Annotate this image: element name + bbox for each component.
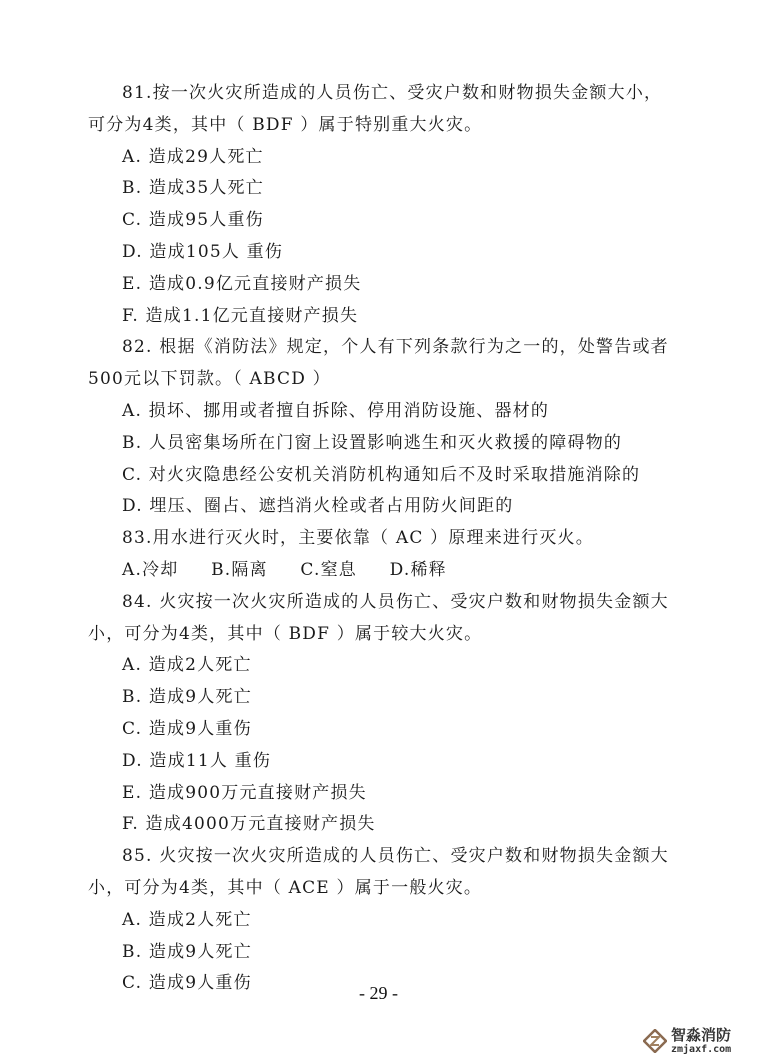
option-a: A. 造成29人死亡: [88, 142, 684, 174]
option-d: D. 造成105人 重伤: [88, 237, 684, 269]
option-d: D. 造成11人 重伤: [88, 746, 684, 778]
option-f: F. 造成4000万元直接财产损失: [88, 809, 684, 841]
question-stem-line: 小，可分为4类，其中（ BDF ）属于较大火灾。: [88, 619, 684, 651]
page-number: - 29 -: [0, 983, 757, 1004]
option-b: B. 造成9人死亡: [88, 682, 684, 714]
question-stem-line: 83.用水进行灭火时，主要依靠（ AC ）原理来进行灭火。: [88, 523, 684, 555]
question-stem-line: 85. 火灾按一次火灾所造成的人员伤亡、受灾户数和财物损失金额大: [88, 841, 684, 873]
document-page: 81.按一次火灾所造成的人员伤亡、受灾户数和财物损失金额大小， 可分为4类，其中…: [88, 78, 684, 1000]
option-c: C.窒息: [300, 555, 357, 587]
option-a: A.冷却: [122, 555, 178, 587]
option-c: C. 造成95人重伤: [88, 205, 684, 237]
watermark: 智淼消防 zmjaxf.com: [643, 1024, 755, 1058]
question-stem-line: 500元以下罚款。（ ABCD ）: [88, 364, 684, 396]
option-a: A. 损坏、挪用或者擅自拆除、停用消防设施、器材的: [88, 396, 684, 428]
question-84: 84. 火灾按一次火灾所造成的人员伤亡、受灾户数和财物损失金额大 小，可分为4类…: [88, 587, 684, 841]
option-e: E. 造成0.9亿元直接财产损失: [88, 269, 684, 301]
option-b: B. 造成9人死亡: [88, 937, 684, 969]
option-a: A. 造成2人死亡: [88, 650, 684, 682]
option-b: B. 造成35人死亡: [88, 173, 684, 205]
question-stem-line: 小，可分为4类，其中（ ACE ）属于一般火灾。: [88, 873, 684, 905]
option-e: E. 造成900万元直接财产损失: [88, 778, 684, 810]
option-b: B.隔离: [211, 555, 268, 587]
question-stem-line: 可分为4类，其中（ BDF ）属于特别重大火灾。: [88, 110, 684, 142]
question-stem-line: 81.按一次火灾所造成的人员伤亡、受灾户数和财物损失金额大小，: [88, 78, 684, 110]
option-f: F. 造成1.1亿元直接财产损失: [88, 301, 684, 333]
question-81: 81.按一次火灾所造成的人员伤亡、受灾户数和财物损失金额大小， 可分为4类，其中…: [88, 78, 684, 332]
option-a: A. 造成2人死亡: [88, 905, 684, 937]
question-stem-line: 84. 火灾按一次火灾所造成的人员伤亡、受灾户数和财物损失金额大: [88, 587, 684, 619]
option-c: C. 造成9人重伤: [88, 714, 684, 746]
watermark-brand: 智淼消防: [671, 1028, 731, 1043]
option-d: D. 埋压、圈占、遮挡消火栓或者占用防火间距的: [88, 491, 684, 523]
diamond-z-logo-icon: [643, 1029, 667, 1053]
question-83: 83.用水进行灭火时，主要依靠（ AC ）原理来进行灭火。 A.冷却 B.隔离 …: [88, 523, 684, 587]
option-b: B. 人员密集场所在门窗上设置影响逃生和灭火救援的障碍物的: [88, 428, 684, 460]
option-d: D.稀释: [390, 555, 447, 587]
question-82: 82. 根据《消防法》规定，个人有下列条款行为之一的，处警告或者 500元以下罚…: [88, 332, 684, 523]
question-stem-line: 82. 根据《消防法》规定，个人有下列条款行为之一的，处警告或者: [88, 332, 684, 364]
watermark-url: zmjaxf.com: [671, 1045, 731, 1055]
options-row: A.冷却 B.隔离 C.窒息 D.稀释: [88, 555, 684, 587]
question-85: 85. 火灾按一次火灾所造成的人员伤亡、受灾户数和财物损失金额大 小，可分为4类…: [88, 841, 684, 1000]
option-c: C. 对火灾隐患经公安机关消防机构通知后不及时采取措施消除的: [88, 460, 684, 492]
